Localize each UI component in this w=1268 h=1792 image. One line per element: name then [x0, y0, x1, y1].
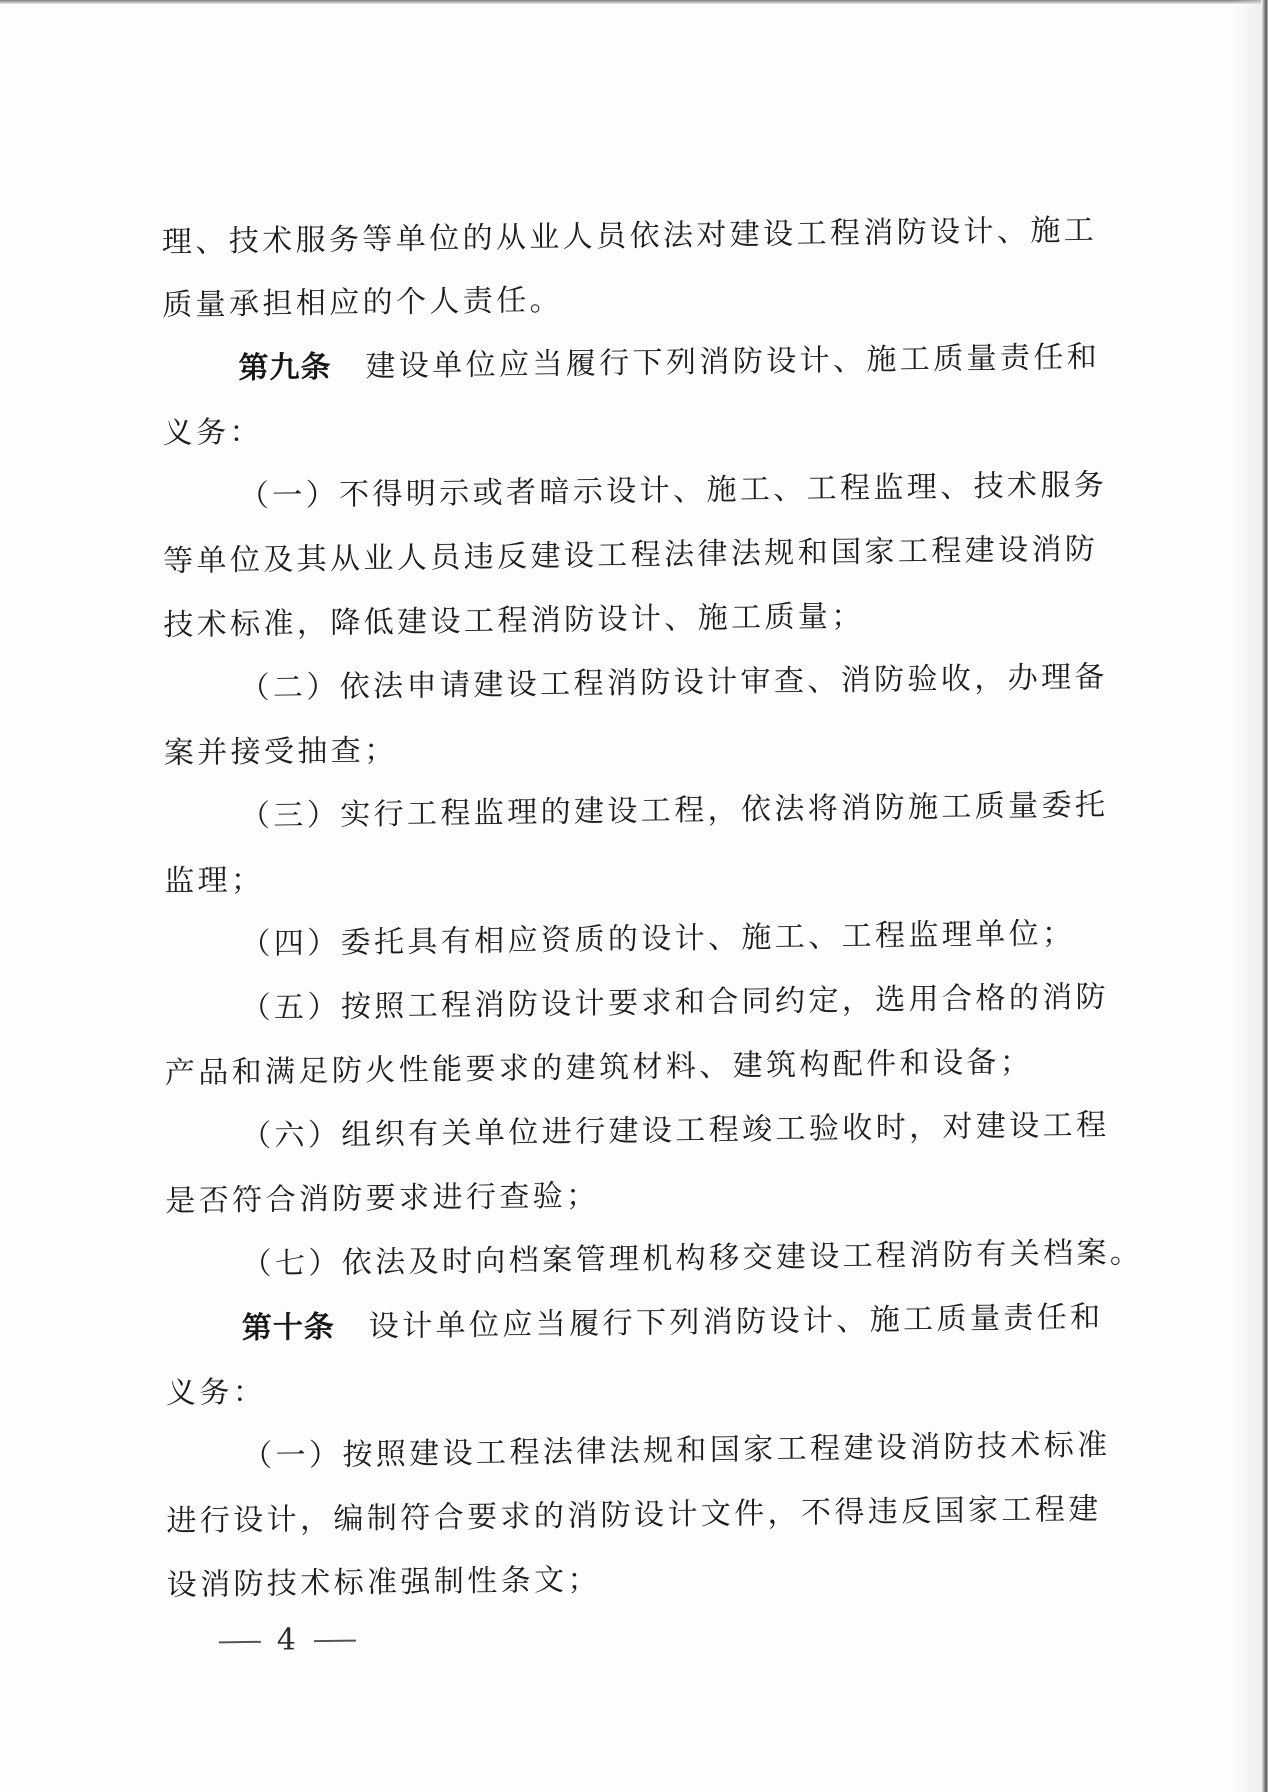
dash-right: [314, 1640, 356, 1643]
line-text: 义务：: [166, 1375, 266, 1411]
list-item-line: （二）依法申请建设工程消防设计审查、消防验收，办理备: [239, 658, 1107, 709]
body-line: 案并接受抽查；: [164, 731, 398, 774]
list-item-line: （六）组织有关单位进行建设工程竣工验收时，对建设工程: [241, 1106, 1109, 1157]
line-text: 技术标准，降低建设工程消防设计、施工质量；: [163, 599, 864, 643]
line-text: （二）依法申请建设工程消防设计审查、消防验收，办理备: [239, 660, 1107, 706]
body-line: 进行设计，编制符合要求的消防设计文件，不得违反国家工程建: [166, 1490, 1101, 1542]
dash-left: [219, 1641, 261, 1644]
line-text: 设消防技术标准强制性条文；: [167, 1562, 601, 1603]
list-item-line: （四）委托具有相应资质的设计、施工、工程监理单位；: [240, 914, 1075, 965]
list-item-line: （七）依法及时向档案管理机构移交建设工程消防有关档案。: [241, 1233, 1143, 1285]
line-text: 是否符合消防要求进行查验；: [165, 1178, 599, 1219]
body-line: 义务：: [166, 1373, 266, 1414]
line-text: （一）不得明示或者暗示设计、施工、工程监理、技术服务: [239, 468, 1107, 514]
body-line: 技术标准，降低建设工程消防设计、施工质量；: [163, 597, 864, 646]
line-text: （四）委托具有相应资质的设计、施工、工程监理单位；: [240, 916, 1075, 962]
line-text: （七）依法及时向档案管理机构移交建设工程消防有关档案。: [242, 1235, 1144, 1282]
list-item-line: （一）不得明示或者暗示设计、施工、工程监理、技术服务: [239, 466, 1107, 517]
body-line: 产品和满足防火性能要求的建筑材料、建筑构配件和设备；: [165, 1043, 1033, 1094]
line-text: 质量承担相应的个人责任。: [162, 283, 563, 323]
line-text: 产品和满足防火性能要求的建筑材料、建筑构配件和设备；: [165, 1045, 1033, 1091]
body-line: 监理；: [164, 861, 264, 902]
list-item-line: （一）按照建设工程法律法规和国家工程建设消防技术标准: [242, 1426, 1110, 1477]
body-line: 设消防技术标准强制性条文；: [167, 1560, 601, 1606]
article-9-heading-line: 第九条建设单位应当履行下列消防设计、施工质量责任和: [238, 338, 1100, 389]
line-text: 进行设计，编制符合要求的消防设计文件，不得违反国家工程建: [166, 1492, 1101, 1539]
body-line: 质量承担相应的个人责任。: [162, 281, 563, 326]
body-line: 是否符合消防要求进行查验；: [165, 1176, 599, 1222]
list-item-line: （三）实行工程监理的建设工程，依法将消防施工质量委托: [240, 786, 1108, 837]
article-heading: 第十条: [242, 1310, 335, 1346]
line-text: 理、技术服务等单位的从业人员依法对建设工程消防设计、施工: [162, 213, 1097, 260]
line-text: （三）实行工程监理的建设工程，依法将消防施工质量委托: [240, 788, 1108, 834]
page-number-value: 4: [277, 1620, 298, 1660]
body-line: 义务：: [163, 413, 263, 454]
line-text: 等单位及其从业人员违反建设工程法律法规和国家工程建设消防: [163, 532, 1098, 579]
line-text: 监理；: [164, 863, 264, 899]
list-item-line: （五）按照工程消防设计要求和合同约定，选用合格的消防: [241, 978, 1109, 1029]
body-line: 理、技术服务等单位的从业人员依法对建设工程消防设计、施工: [162, 211, 1097, 263]
line-text: 义务：: [163, 415, 263, 451]
line-text: 案并接受抽查；: [164, 733, 398, 771]
document-body: 理、技术服务等单位的从业人员依法对建设工程消防设计、施工 质量承担相应的个人责任…: [0, 0, 1268, 1792]
document-page: 理、技术服务等单位的从业人员依法对建设工程消防设计、施工 质量承担相应的个人责任…: [0, 0, 1268, 1792]
body-line: 等单位及其从业人员违反建设工程法律法规和国家工程建设消防: [163, 530, 1098, 582]
line-text: 建设单位应当履行下列消防设计、施工质量责任和: [365, 340, 1100, 385]
line-text: （六）组织有关单位进行建设工程竣工验收时，对建设工程: [241, 1108, 1109, 1154]
line-text: 设计单位应当履行下列消防设计、施工质量责任和: [369, 1300, 1104, 1345]
article-heading: 第九条: [238, 350, 331, 386]
page-number: 4: [219, 1620, 356, 1662]
line-text: （五）按照工程消防设计要求和合同约定，选用合格的消防: [241, 980, 1109, 1026]
line-text: （一）按照建设工程法律法规和国家工程建设消防技术标准: [242, 1428, 1110, 1474]
article-10-heading-line: 第十条设计单位应当履行下列消防设计、施工质量责任和: [242, 1298, 1104, 1349]
